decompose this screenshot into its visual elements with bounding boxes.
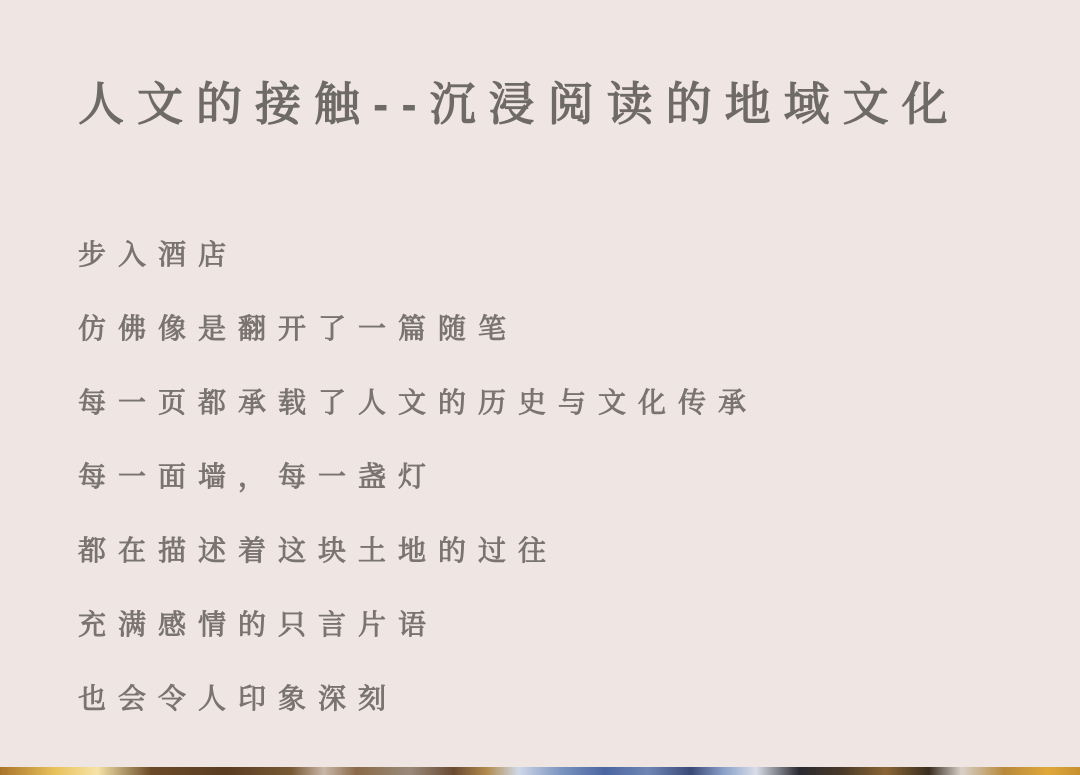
article-content: 人文的接触--沉浸阅读的地域文化 步入酒店 仿佛像是翻开了一篇随笔 每一页都承载… [78, 0, 1040, 759]
article-page: 人文的接触--沉浸阅读的地域文化 步入酒店 仿佛像是翻开了一篇随笔 每一页都承载… [0, 0, 1080, 775]
page: { "page": { "background_color": "#efe5e2… [0, 0, 1080, 775]
poem-line: 每一面墙，每一盏灯 [78, 463, 1040, 491]
poem-line: 充满感情的只言片语 [78, 611, 1040, 639]
page-title: 人文的接触--沉浸阅读的地域文化 [78, 80, 1040, 128]
poem-line: 仿佛像是翻开了一篇随笔 [78, 315, 1040, 343]
poem-line: 都在描述着这块土地的过往 [78, 537, 1040, 565]
poem-line: 步入酒店 [78, 241, 1040, 269]
poem-body: 步入酒店 仿佛像是翻开了一篇随笔 每一页都承载了人文的历史与文化传承 每一面墙，… [78, 241, 1040, 713]
poem-line: 每一页都承载了人文的历史与文化传承 [78, 389, 1040, 417]
photo-strip-partial-image [0, 767, 1080, 775]
poem-line: 也会令人印象深刻 [78, 685, 1040, 713]
